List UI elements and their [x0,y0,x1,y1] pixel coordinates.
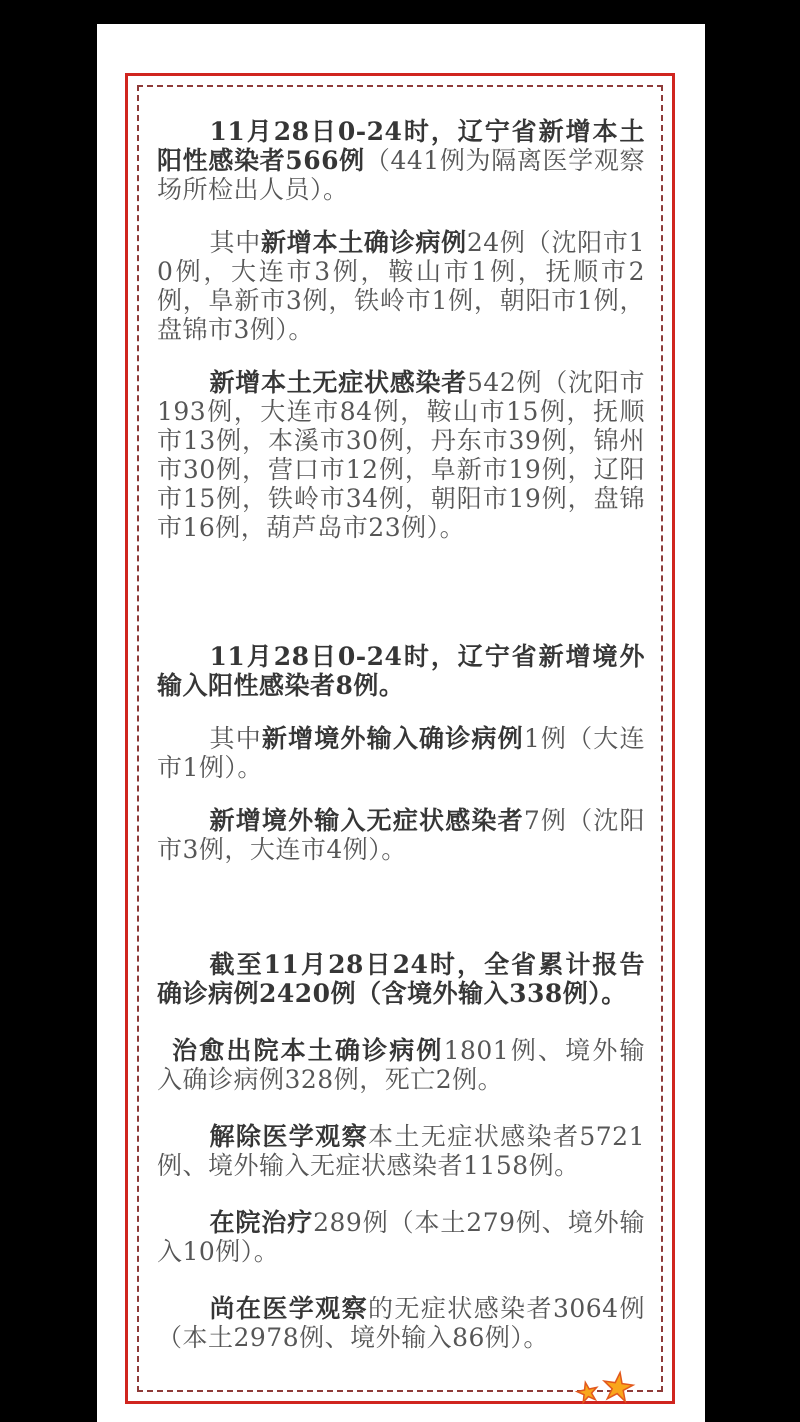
bold-text-run: 截至11月28日24时，全省累计报告确诊病例2420例（含境外输入338例）。 [157,950,645,1008]
paragraph-in-hospital: 在院治疗289例（本土279例、境外输入10例）。 [157,1208,645,1266]
paragraph-local-positive-total: 11月28日0-24时，辽宁省新增本土阳性感染者566例（441例为隔离医学观察… [157,117,645,204]
paragraph-cured-discharged: 治愈出院本土确诊病例1801例、境外输入确诊病例328例，死亡2例。 [157,1036,645,1094]
announcement-card: 11月28日0-24时，辽宁省新增本土阳性感染者566例（441例为隔离医学观察… [97,24,705,1422]
announcement-content: 11月28日0-24时，辽宁省新增本土阳性感染者566例（441例为隔离医学观察… [139,87,661,1390]
inner-dashed-border: 11月28日0-24时，辽宁省新增本土阳性感染者566例（441例为隔离医学观察… [137,85,663,1392]
paragraph-imported-confirmed: 其中新增境外输入确诊病例1例（大连市1例）。 [157,724,645,782]
paragraph-under-observation: 尚在医学观察的无症状感染者3064例（本土2978例、境外输入86例）。 [157,1294,645,1352]
outer-red-border: 11月28日0-24时，辽宁省新增本土阳性感染者566例（441例为隔离医学观察… [125,73,675,1404]
section-cumulative: 截至11月28日24时，全省累计报告确诊病例2420例（含境外输入338例）。 … [157,950,645,1352]
text-run: 其中 [210,228,261,257]
paragraph-imported-asymptomatic: 新增境外输入无症状感染者7例（沈阳市3例，大连市4例）。 [157,806,645,864]
bold-text-run: 新增本土确诊病例 [261,228,467,257]
star-icon-small: ★ [573,1378,601,1408]
bold-text-run: 11月28日0-24时，辽宁省新增境外输入阳性感染者8例。 [157,642,645,700]
bold-text-run: 在院治疗 [210,1208,314,1237]
text-run: 其中 [210,724,262,753]
paragraph-imported-positive-total: 11月28日0-24时，辽宁省新增境外输入阳性感染者8例。 [157,642,645,700]
section-local-daily: 11月28日0-24时，辽宁省新增本土阳性感染者566例（441例为隔离医学观察… [157,117,645,542]
bold-text-run: 尚在医学观察 [210,1294,369,1323]
stars-decoration: ★ ★ [576,1368,635,1406]
paragraph-cumulative-confirmed: 截至11月28日24时，全省累计报告确诊病例2420例（含境外输入338例）。 [157,950,645,1008]
star-icon-large: ★ [598,1366,637,1408]
section-imported-daily: 11月28日0-24时，辽宁省新增境外输入阳性感染者8例。 其中新增境外输入确诊… [157,642,645,864]
bold-text-run: 新增本土无症状感染者 [210,368,468,397]
paragraph-released-observation: 解除医学观察本土无症状感染者5721例、境外输入无症状感染者1158例。 [157,1122,645,1180]
paragraph-local-confirmed: 其中新增本土确诊病例24例（沈阳市10例，大连市3例，鞍山市1例，抚顺市2例，阜… [157,228,645,344]
bold-text-run: 解除医学观察 [210,1122,369,1151]
bold-text-run: 治愈出院本土确诊病例 [172,1036,444,1065]
paragraph-local-asymptomatic: 新增本土无症状感染者542例（沈阳市193例，大连市84例，鞍山市15例，抚顺市… [157,368,645,542]
bold-text-run: 新增境外输入无症状感染者 [210,806,524,835]
bold-text-run: 新增境外输入确诊病例 [262,724,524,753]
